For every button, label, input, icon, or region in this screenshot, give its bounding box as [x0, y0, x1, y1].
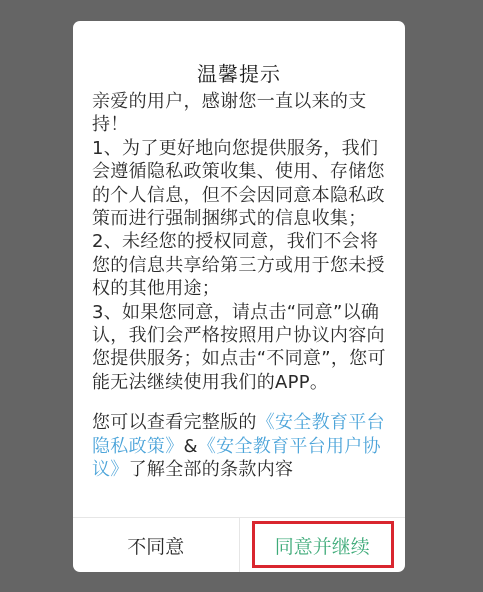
clause-2-paragraph: 2、未经您的授权同意，我们不会将您的信息共享给第三方或用于您未授权的其他用途； [92, 230, 391, 300]
dialog-title: 温馨提示 [73, 61, 405, 87]
privacy-consent-dialog: 温馨提示 亲爱的用户，感谢您一直以来的支持！ 1、为了更好地向您提供服务，我们会… [73, 21, 405, 572]
clause-3-paragraph: 3、如果您同意，请点击“同意”以确认，我们会严格按照用户协议内容向您提供服务；如… [92, 301, 391, 395]
policy-links-prefix: 您可以查看完整版的 [92, 412, 257, 433]
dialog-footer: 不同意 同意并继续 [73, 517, 405, 572]
decline-button[interactable]: 不同意 [73, 518, 240, 572]
policy-links-suffix: 了解全部的条款内容 [129, 459, 294, 480]
paragraph-gap [92, 394, 391, 411]
accept-continue-button[interactable]: 同意并继续 [240, 518, 406, 572]
dialog-body: 亲爱的用户，感谢您一直以来的支持！ 1、为了更好地向您提供服务，我们会遵循隐私政… [92, 90, 391, 482]
links-separator: & [184, 436, 198, 457]
greeting-paragraph: 亲爱的用户，感谢您一直以来的支持！ [92, 90, 391, 137]
policy-links-paragraph: 您可以查看完整版的《安全教育平台隐私政策》&《安全教育平台用户协议》了解全部的条… [92, 411, 391, 481]
clause-1-paragraph: 1、为了更好地向您提供服务，我们会遵循隐私政策收集、使用、存储您的个人信息，但不… [92, 137, 391, 231]
